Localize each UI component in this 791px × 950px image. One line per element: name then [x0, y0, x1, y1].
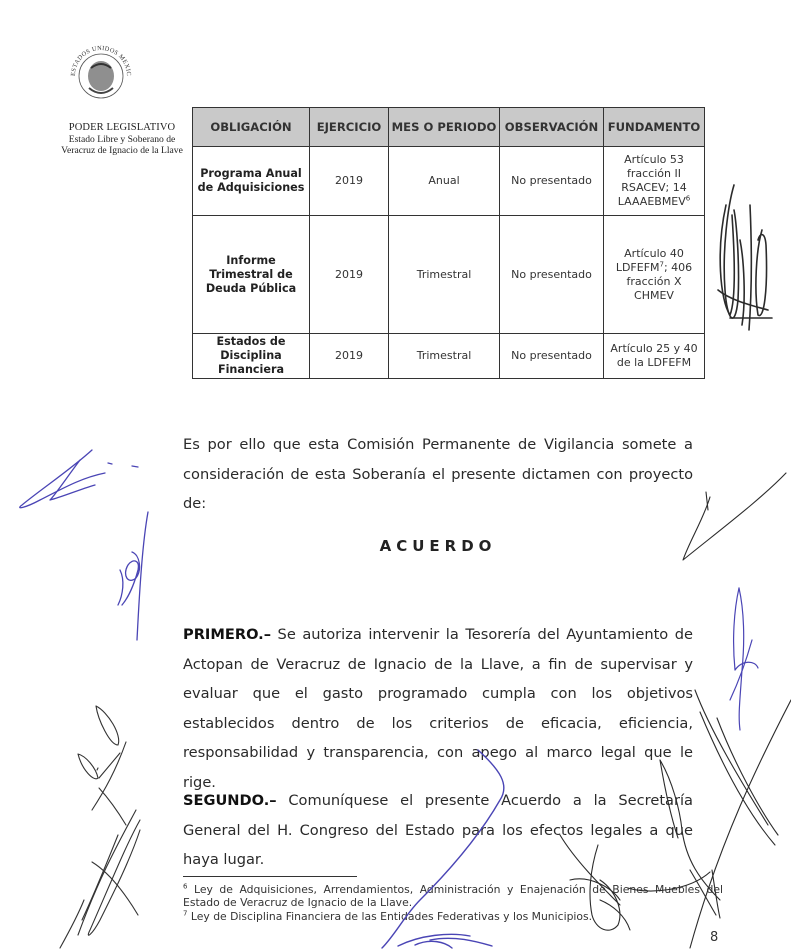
- col-header-ejercicio: EJERCICIO: [310, 108, 389, 147]
- footnote-7: 7 Ley de Disciplina Financiera de las En…: [183, 911, 723, 924]
- col-header-periodo: MES O PERIODO: [389, 108, 500, 147]
- page-number: 8: [710, 930, 718, 945]
- intro-paragraph: Es por ello que esta Comisión Permanente…: [183, 430, 693, 519]
- cell-observacion: No presentado: [500, 216, 604, 334]
- cell-obligacion: Estados de Disciplina Financiera: [193, 334, 310, 379]
- signature-blue-left-bottom: [118, 512, 148, 640]
- agreement-heading: ACUERDO: [183, 537, 693, 555]
- signature-blue-left-top: [20, 450, 138, 508]
- national-seal-emblem: ESTADOS UNIDOS MEXICANOS: [65, 38, 137, 110]
- primero-label: PRIMERO.–: [183, 626, 271, 643]
- footnote-text: Ley de Adquisiciones, Arrendamientos, Ad…: [183, 883, 723, 909]
- org-subtitle-2: Veracruz de Ignacio de la Llave: [40, 145, 204, 156]
- org-name: PODER LEGISLATIVO: [40, 122, 204, 134]
- segundo-label: SEGUNDO.–: [183, 792, 277, 809]
- col-header-obligacion: OBLIGACIÓN: [193, 108, 310, 147]
- footnote-divider: [183, 876, 357, 877]
- footnote-ref: 6: [686, 194, 690, 202]
- cell-periodo: Trimestral: [389, 334, 500, 379]
- cell-ejercicio: 2019: [310, 216, 389, 334]
- signature-blue-right: [730, 588, 758, 730]
- col-header-observacion: OBSERVACIÓN: [500, 108, 604, 147]
- table-row: Programa Anual de Adquisiciones 2019 Anu…: [193, 147, 705, 216]
- cell-fundamento: Artículo 25 y 40 de la LDFEFM: [604, 334, 705, 379]
- signature-scribble-black-right: [718, 185, 772, 330]
- eagle-seal-icon: ESTADOS UNIDOS MEXICANOS: [65, 38, 137, 110]
- cell-obligacion: Programa Anual de Adquisiciones: [193, 147, 310, 216]
- cell-fundamento: Artículo 53 fracción II RSACEV; 14 LAAAE…: [604, 147, 705, 216]
- cell-ejercicio: 2019: [310, 147, 389, 216]
- segundo-paragraph: SEGUNDO.– Comuníquese el presente Acuerd…: [183, 786, 693, 875]
- primero-text: Se autoriza intervenir la Tesorería del …: [183, 626, 693, 791]
- footnote-text: Ley de Disciplina Financiera de las Enti…: [187, 910, 592, 923]
- primero-paragraph: PRIMERO.– Se autoriza intervenir la Teso…: [183, 620, 693, 797]
- footnote-6: 6 Ley de Adquisiciones, Arrendamientos, …: [183, 884, 723, 909]
- table-row: Estados de Disciplina Financiera 2019 Tr…: [193, 334, 705, 379]
- cell-observacion: No presentado: [500, 334, 604, 379]
- cell-observacion: No presentado: [500, 147, 604, 216]
- cell-fundamento: Artículo 40 LDFEFM7; 406 fracción X CHME…: [604, 216, 705, 334]
- fundamento-text: Artículo 53 fracción II RSACEV; 14 LAAAE…: [618, 153, 687, 208]
- table-row: Informe Trimestral de Deuda Pública 2019…: [193, 216, 705, 334]
- obligations-table: OBLIGACIÓN EJERCICIO MES O PERIODO OBSER…: [192, 107, 705, 379]
- cell-periodo: Trimestral: [389, 216, 500, 334]
- org-subtitle-1: Estado Libre y Soberano de: [40, 134, 204, 145]
- table-header-row: OBLIGACIÓN EJERCICIO MES O PERIODO OBSER…: [193, 108, 705, 147]
- issuer-block: PODER LEGISLATIVO Estado Libre y Soberan…: [40, 122, 204, 156]
- col-header-fundamento: FUNDAMENTO: [604, 108, 705, 147]
- cell-periodo: Anual: [389, 147, 500, 216]
- cell-obligacion: Informe Trimestral de Deuda Pública: [193, 216, 310, 334]
- cell-ejercicio: 2019: [310, 334, 389, 379]
- signature-black-left: [60, 706, 140, 948]
